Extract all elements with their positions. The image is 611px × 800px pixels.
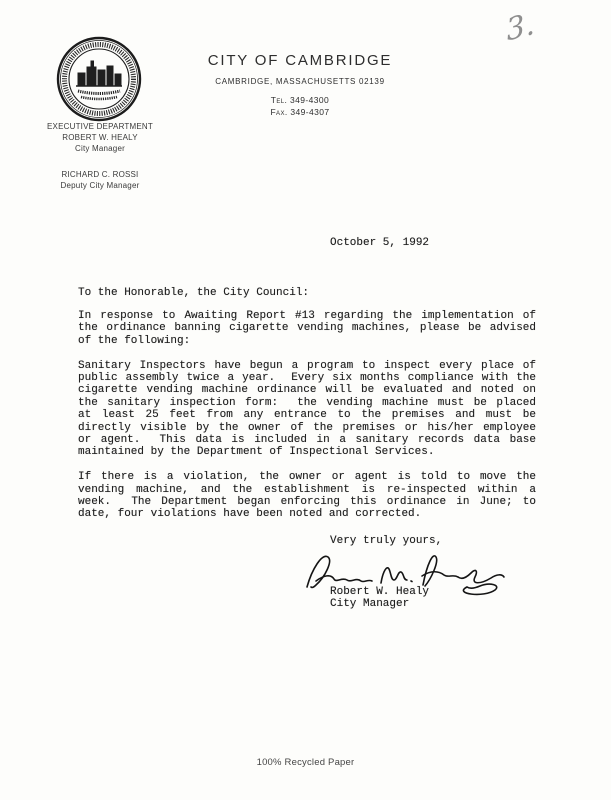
recycled-paper-note: 100% Recycled Paper xyxy=(0,757,611,768)
letter-line: If there is a violation, the owner or ag… xyxy=(78,471,536,483)
signer-name: Robert W. Healy xyxy=(330,586,429,598)
letter-line: the sanitary inspection form: the vendin… xyxy=(78,397,536,409)
letterhead-phone: Tel. 349-4300 xyxy=(180,95,420,107)
letterhead-address: CAMBRIDGE, MASSACHUSETTS 02139 xyxy=(180,77,420,86)
letter-line: of the following: xyxy=(78,335,536,347)
letter-line: date, four violations have been noted an… xyxy=(78,508,536,520)
paragraph: In response to Awaiting Report #13 regar… xyxy=(78,310,536,347)
letter-line: maintained by the Department of Inspecti… xyxy=(78,446,536,458)
scanned-letter-page: 3. EXECUTIVE DEPARTMENT ROBERT W. HEALY … xyxy=(0,0,611,800)
manager-title: City Manager xyxy=(14,143,186,154)
paragraph: If there is a violation, the owner or ag… xyxy=(78,471,536,521)
deputy-name: RICHARD C. ROSSI xyxy=(14,169,186,180)
letter-date: October 5, 1992 xyxy=(330,237,429,249)
letter-line: the ordinance banning cigarette vending … xyxy=(78,322,536,334)
deputy-title: Deputy City Manager xyxy=(14,180,186,191)
spacer xyxy=(14,154,186,169)
handwritten-page-number: 3. xyxy=(505,6,536,48)
signer-title: City Manager xyxy=(330,598,409,610)
letter-line: public assembly twice a year. Every six … xyxy=(78,372,536,384)
letter-line: or agent. This data is included in a san… xyxy=(78,434,536,446)
letter-line: Sanitary Inspectors have begun a program… xyxy=(78,360,536,372)
letter-paragraphs: In response to Awaiting Report #13 regar… xyxy=(78,310,536,533)
letter-line: directly visible by the owner of the pre… xyxy=(78,422,536,434)
letter-line: week. The Department began enforcing thi… xyxy=(78,496,536,508)
letter-line: In response to Awaiting Report #13 regar… xyxy=(78,310,536,322)
letterhead-left-block: EXECUTIVE DEPARTMENT ROBERT W. HEALY Cit… xyxy=(14,121,186,191)
salutation: To the Honorable, the City Council: xyxy=(78,287,309,299)
letter-line: vending machine, and the establishment i… xyxy=(78,484,536,496)
department-name: EXECUTIVE DEPARTMENT xyxy=(14,121,186,132)
letterhead-fax: Fax. 349-4307 xyxy=(180,107,420,119)
letterhead-city-title: CITY OF CAMBRIDGE xyxy=(180,52,420,69)
seal-buildings xyxy=(76,61,122,86)
letterhead-center-block: CITY OF CAMBRIDGE CAMBRIDGE, MASSACHUSET… xyxy=(180,52,420,118)
letter-line: cigarette vending machine ordinance will… xyxy=(78,384,536,396)
manager-name: ROBERT W. HEALY xyxy=(14,132,186,143)
city-seal-icon xyxy=(56,36,142,122)
paragraph: Sanitary Inspectors have begun a program… xyxy=(78,360,536,459)
letter-line: at least 25 feet from any entrance to th… xyxy=(78,409,536,421)
